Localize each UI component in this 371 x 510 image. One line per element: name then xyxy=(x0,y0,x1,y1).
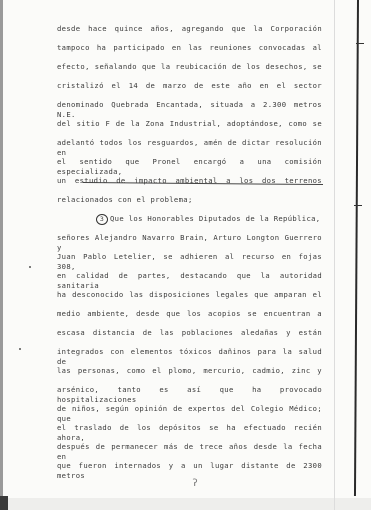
circled-section-number: 3 xyxy=(96,214,108,225)
text-line: después de permanecer más de trece años … xyxy=(57,442,322,462)
scan-speck xyxy=(29,266,31,268)
text-line: las personas, como el plomo, mercurio, c… xyxy=(57,366,322,386)
scan-speck xyxy=(19,348,21,350)
binding-tick xyxy=(356,43,364,44)
text-line: denominado Quebrada Encantada, situada a… xyxy=(57,100,322,120)
page-corner-shadow xyxy=(0,496,8,510)
handwritten-mark: ʔ xyxy=(192,478,198,489)
text-line: medio ambiente, desde que los acopios se… xyxy=(57,309,322,329)
text-line: efecto, señalando que la reubicación de … xyxy=(57,62,322,82)
text-line: el sentido que Pronel encargó a una comi… xyxy=(57,157,322,177)
text-line: de niños, según opinión de expertos del … xyxy=(57,404,322,424)
text-line: Juan Pablo Letelier, se adhieren al recu… xyxy=(57,252,322,272)
text-line: desde hace quince años, agregando que la… xyxy=(57,24,322,44)
text-line: ha desconocido las disposiciones legales… xyxy=(57,290,322,310)
binding-tick xyxy=(354,205,362,206)
section-heading-line: 3Que los Honorables Diputados de la Repú… xyxy=(96,214,322,234)
text-line: arsénico, tanto es así que ha provocado … xyxy=(57,385,322,405)
page-left-edge xyxy=(0,0,3,510)
text-line: señores Alejandro Navarro Brain, Arturo … xyxy=(57,233,322,253)
text-line: escasa distancia de las poblaciones aled… xyxy=(57,328,322,348)
section-heading-text: Que los Honorables Diputados de la Repúb… xyxy=(110,214,320,223)
margin-rule xyxy=(334,0,335,510)
text-line: un estudio de impacto ambiental a los do… xyxy=(57,176,322,196)
text-line: del sitio F de la Zona Industrial, adopt… xyxy=(57,119,322,139)
text-line: en calidad de partes, destacando que la … xyxy=(57,271,322,291)
text-line: relacionados con el problema; xyxy=(57,195,322,215)
text-line: el traslado de los depósitos se ha efect… xyxy=(57,423,322,443)
text-line: integrados con elementos tóxicos dañinos… xyxy=(57,347,322,367)
text-line: que fueron internados y a un lugar dista… xyxy=(57,461,322,481)
page-bottom-margin xyxy=(0,498,371,510)
text-line: tampoco ha participado en las reuniones … xyxy=(57,43,322,63)
text-line: cristalizó el 14 de marzo de este año en… xyxy=(57,81,322,101)
text-line: adelantó todos los resguardos, amén de d… xyxy=(57,138,322,158)
